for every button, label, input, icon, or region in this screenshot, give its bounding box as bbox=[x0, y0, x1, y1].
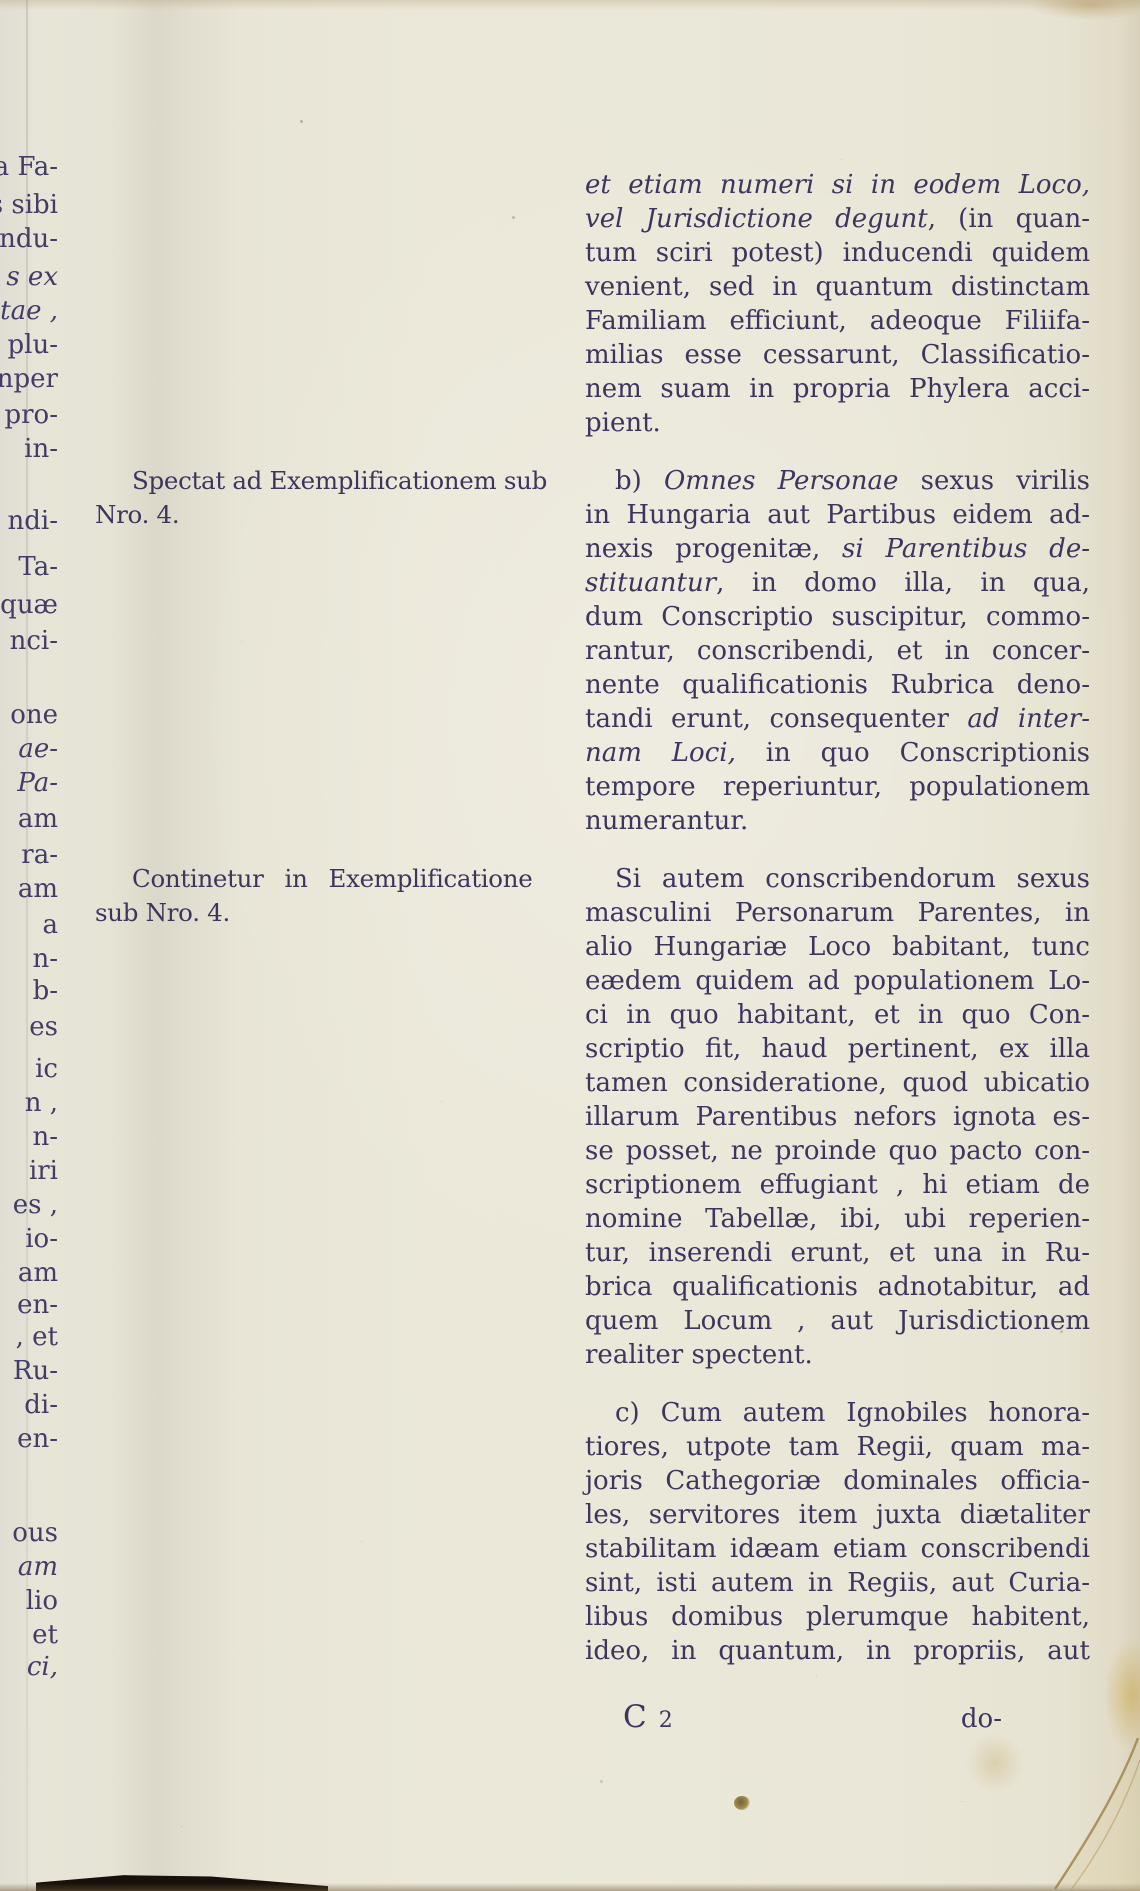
gutter-fragment: Ta- bbox=[18, 552, 58, 582]
paragraph: b) Omnes Personae sexus virilisin Hungar… bbox=[585, 464, 1090, 838]
gutter-fragment: et bbox=[32, 1620, 58, 1650]
catchword: do- bbox=[961, 1702, 1002, 1736]
text-line: joris Cathegoriæ dominales officia- bbox=[585, 1464, 1090, 1498]
text-line: tandi erunt, consequenter ad inter- bbox=[585, 702, 1090, 736]
gutter-fragment: s ex bbox=[6, 262, 58, 292]
gutter-fragment: s sibi bbox=[0, 190, 58, 220]
gutter-fragment: en- bbox=[17, 1290, 58, 1320]
margin-note-line: sub Nro. 4. bbox=[95, 896, 527, 930]
text-line: rantur, conscribendi, et in concer- bbox=[585, 634, 1090, 668]
text-line: se posset, ne proinde quo pacto con- bbox=[585, 1134, 1090, 1168]
signature-number: 2 bbox=[659, 1708, 673, 1733]
gutter-fragment: tae , bbox=[0, 296, 58, 326]
text-line: realiter spectent. bbox=[585, 1338, 1090, 1372]
text-line: in Hungaria aut Partibus eidem ad- bbox=[585, 498, 1090, 532]
text-line: tum sciri potest) inducendi quidem bbox=[585, 236, 1090, 270]
gutter-fragment: es bbox=[29, 1012, 58, 1042]
page-stain bbox=[1030, 0, 1140, 20]
gutter-fragment: in- bbox=[24, 434, 58, 464]
text-line: et etiam numeri si in eodem Loco, bbox=[585, 168, 1090, 202]
gutter-fragment: one bbox=[10, 700, 58, 730]
gutter-fragment: lio bbox=[26, 1586, 58, 1616]
text-line: illarum Parentibus nefors ignota es- bbox=[585, 1100, 1090, 1134]
page-stain bbox=[734, 1796, 750, 1810]
text-line: scriptionem effugiant , hi etiam de bbox=[585, 1168, 1090, 1202]
text-line: nomine Tabellæ, ibi, ubi reperien- bbox=[585, 1202, 1090, 1236]
margin-note-continetur: Continetur in Exemplificationesub Nro. 4… bbox=[95, 862, 527, 930]
text-line: ci in quo habitant, et in quo Con- bbox=[585, 998, 1090, 1032]
text-line: nam Loci, in quo Conscriptionis bbox=[585, 736, 1090, 770]
gutter-fragment: am bbox=[18, 1258, 58, 1288]
gutter-fragment: ae- bbox=[18, 734, 58, 764]
gutter-fragment: di- bbox=[24, 1390, 58, 1420]
paragraph: Si autem conscribendorum sexusmasculini … bbox=[585, 862, 1090, 1372]
paper-specks bbox=[300, 120, 303, 123]
text-line: venient, sed in quantum distinctam bbox=[585, 270, 1090, 304]
gutter-fragment: Ru- bbox=[13, 1356, 58, 1386]
text-line: stabilitam idæam etiam conscribendi bbox=[585, 1532, 1090, 1566]
gutter-fragment: am bbox=[18, 804, 58, 834]
gutter-fragment: Pa- bbox=[17, 768, 58, 798]
gutter-fragment: b- bbox=[33, 976, 58, 1006]
gutter-fragment: ndi- bbox=[8, 506, 59, 536]
text-line: milias esse cessarunt, Classificatio- bbox=[585, 338, 1090, 372]
gutter-fragment: n- bbox=[32, 944, 58, 974]
text-line: numerantur. bbox=[585, 804, 1090, 838]
text-line: c) Cum autem Ignobiles honora- bbox=[585, 1396, 1090, 1430]
text-line: stituantur, in domo illa, in qua, bbox=[585, 566, 1090, 600]
gutter-fragment: quæ bbox=[0, 590, 58, 620]
gutter-fragment: n , bbox=[25, 1088, 58, 1118]
text-line: pient. bbox=[585, 406, 1090, 440]
text-line: tiores, utpote tam Regii, quam ma- bbox=[585, 1430, 1090, 1464]
margin-note-line: Nro. 4. bbox=[95, 498, 527, 532]
gutter-fragment: iri bbox=[29, 1156, 58, 1186]
gutter-fragment: plu- bbox=[8, 330, 59, 360]
margin-note-spectat: Spectat ad Exemplificationem subNro. 4. bbox=[95, 464, 527, 532]
gutter-fragment: a bbox=[42, 910, 58, 940]
main-paragraphs: et etiam numeri si in eodem Loco,vel Jur… bbox=[585, 168, 1090, 1668]
gutter-fragment: indu- bbox=[0, 224, 58, 254]
signature-letter: C bbox=[623, 1699, 647, 1735]
gutter-fragment: nper bbox=[0, 364, 58, 394]
text-line: vel Jurisdictione degunt, (in quan- bbox=[585, 202, 1090, 236]
page-bottom-edge-shading bbox=[0, 1883, 1140, 1891]
text-line: libus domibus plerumque habitent, bbox=[585, 1600, 1090, 1634]
margin-note-line: Spectat ad Exemplificationem sub bbox=[95, 464, 527, 498]
curled-page-corner bbox=[1045, 1726, 1140, 1891]
main-text-column: et etiam numeri si in eodem Loco,vel Jur… bbox=[585, 168, 1090, 1738]
text-line: b) Omnes Personae sexus virilis bbox=[585, 464, 1090, 498]
gutter-fragment: , et bbox=[16, 1322, 58, 1352]
paragraph: c) Cum autem Ignobiles honora-tiores, ut… bbox=[585, 1396, 1090, 1668]
text-line: brica qualificationis adnotabitur, ad bbox=[585, 1270, 1090, 1304]
text-line: dum Conscriptio suscipitur, commo- bbox=[585, 600, 1090, 634]
facing-page-text-fragments: a Fa-s sibiindu-s extae ,plu-nperpro-in-… bbox=[0, 0, 58, 1891]
gutter-fragment: ic bbox=[35, 1054, 58, 1084]
gutter-fragment: am bbox=[18, 874, 58, 904]
gutter-fragment: es , bbox=[13, 1190, 58, 1220]
text-line: alio Hungariæ Loco babitant, tunc bbox=[585, 930, 1090, 964]
gutter-fragment: a Fa- bbox=[0, 152, 58, 182]
text-line: tamen consideratione, quod ubicatio bbox=[585, 1066, 1090, 1100]
gutter-fragment: nci- bbox=[10, 626, 58, 656]
text-line: les, servitores item juxta diætaliter bbox=[585, 1498, 1090, 1532]
gutter-fragment: en- bbox=[17, 1424, 58, 1454]
text-line: nem suam in propria Phylera acci- bbox=[585, 372, 1090, 406]
text-line: sint, isti autem in Regiis, aut Curia- bbox=[585, 1566, 1090, 1600]
text-line: nexis progenitæ, si Parentibus de- bbox=[585, 532, 1090, 566]
gutter-fragment: n- bbox=[32, 1122, 58, 1152]
text-line: tur, inserendi erunt, et una in Ru- bbox=[585, 1236, 1090, 1270]
text-line: ideo, in quantum, in propriis, aut bbox=[585, 1634, 1090, 1668]
text-line: quem Locum , aut Jurisdictionem bbox=[585, 1304, 1090, 1338]
page-stain bbox=[966, 1732, 1024, 1794]
text-line: Familiam efficiunt, adeoque Filiifa- bbox=[585, 304, 1090, 338]
text-line: eædem quidem ad populationem Lo- bbox=[585, 964, 1090, 998]
gutter-fragment: am bbox=[18, 1552, 58, 1582]
page-top-edge-shading bbox=[0, 0, 1140, 10]
margin-note-line: Continetur in Exemplificatione bbox=[95, 862, 527, 896]
gutter-fragment: ci, bbox=[27, 1652, 58, 1682]
text-line: nente qualificationis Rubrica deno- bbox=[585, 668, 1090, 702]
text-line: scriptio fit, haud pertinent, ex illa bbox=[585, 1032, 1090, 1066]
text-line: masculini Personarum Parentes, in bbox=[585, 896, 1090, 930]
gutter-fragment: ra- bbox=[21, 840, 58, 870]
gutter-fragment: io- bbox=[25, 1224, 58, 1254]
text-line: tempore reperiuntur, populationem bbox=[585, 770, 1090, 804]
gutter-fragment: pro- bbox=[4, 400, 58, 430]
gutter-fragment: ous bbox=[12, 1518, 58, 1548]
text-line: Si autem conscribendorum sexus bbox=[585, 862, 1090, 896]
paragraph: et etiam numeri si in eodem Loco,vel Jur… bbox=[585, 168, 1090, 440]
signature-mark: C2 bbox=[623, 1700, 673, 1738]
